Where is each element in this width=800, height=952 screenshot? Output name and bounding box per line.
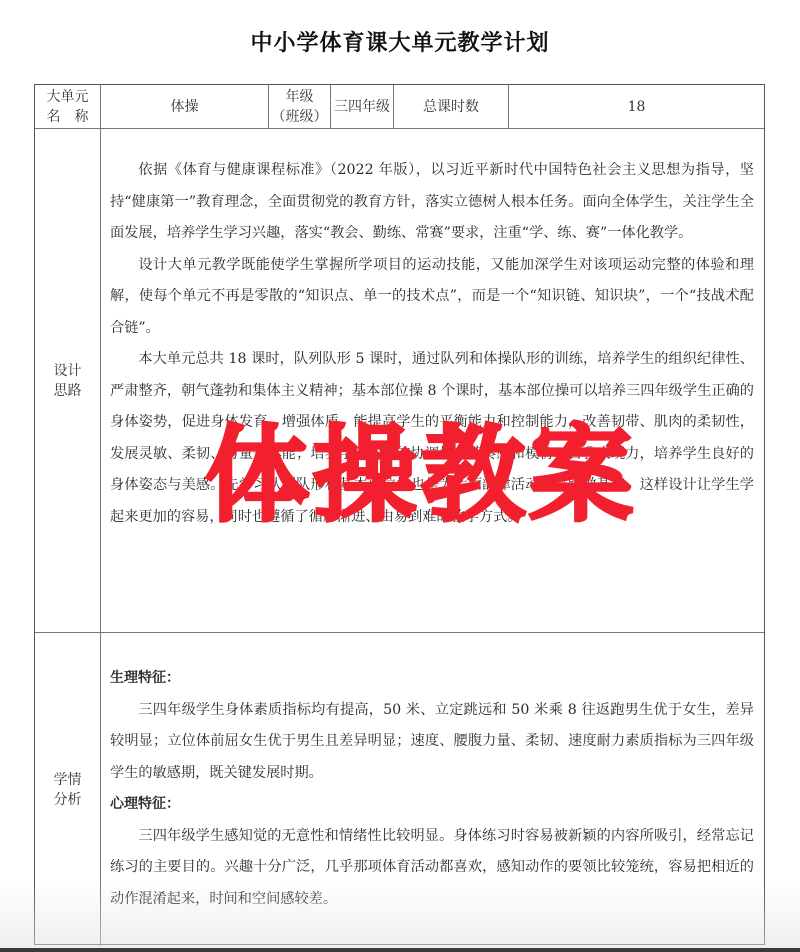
unit-name-value: 体操 <box>101 85 269 128</box>
analysis-content: 生理特征： 三四年级学生身体素质指标均有提高，50 米、立定跳远和 50 米乘 … <box>101 633 764 946</box>
analysis-label-line1: 学情 <box>54 770 82 790</box>
grade-value: 三四年级 <box>331 85 394 128</box>
design-paragraph: 设计大单元教学既能使学生掌握所学项目的运动技能，又能加深学生对该项运动完整的体验… <box>110 250 754 345</box>
design-label: 设计 思路 <box>35 129 101 632</box>
grade-label-line1: 年级 <box>286 87 314 107</box>
design-content: 依据《体育与健康课程标准》（2022 年版），以习近平新时代中国特色社会主义思想… <box>101 129 764 632</box>
header-row: 大单元 名 称 体操 年级 （班级） 三四年级 总课时数 18 <box>35 85 764 129</box>
total-hours-label: 总课时数 <box>394 85 509 128</box>
grade-label-line2: （班级） <box>272 107 328 127</box>
unit-name-label-line2: 名 称 <box>47 107 89 127</box>
design-row: 设计 思路 依据《体育与健康课程标准》（2022 年版），以习近平新时代中国特色… <box>35 129 764 633</box>
physiological-text: 三四年级学生身体素质指标均有提高，50 米、立定跳远和 50 米乘 8 往返跑男… <box>110 695 754 790</box>
analysis-label: 学情 分析 <box>35 633 101 946</box>
design-label-line1: 设计 <box>54 361 82 381</box>
watermark-overlay: 体操教案 <box>205 415 637 535</box>
total-hours-value: 18 <box>509 85 764 128</box>
analysis-row: 学情 分析 生理特征： 三四年级学生身体素质指标均有提高，50 米、立定跳远和 … <box>35 633 764 946</box>
unit-name-label: 大单元 名 称 <box>35 85 101 128</box>
psychological-heading: 心理特征： <box>110 789 754 821</box>
unit-name-label-line1: 大单元 <box>47 87 89 107</box>
design-label-line2: 思路 <box>54 381 82 401</box>
grade-label: 年级 （班级） <box>269 85 331 128</box>
design-paragraph: 依据《体育与健康课程标准》（2022 年版），以习近平新时代中国特色社会主义思想… <box>110 155 754 250</box>
physiological-heading: 生理特征： <box>110 663 754 695</box>
analysis-label-line2: 分析 <box>54 790 82 810</box>
page-bottom-edge <box>0 948 800 952</box>
page-title: 中小学体育课大单元教学计划 <box>0 26 800 57</box>
psychological-text: 三四年级学生感知觉的无意性和情绪性比较明显。身体练习时容易被新颖的内容所吸引，经… <box>110 821 754 916</box>
